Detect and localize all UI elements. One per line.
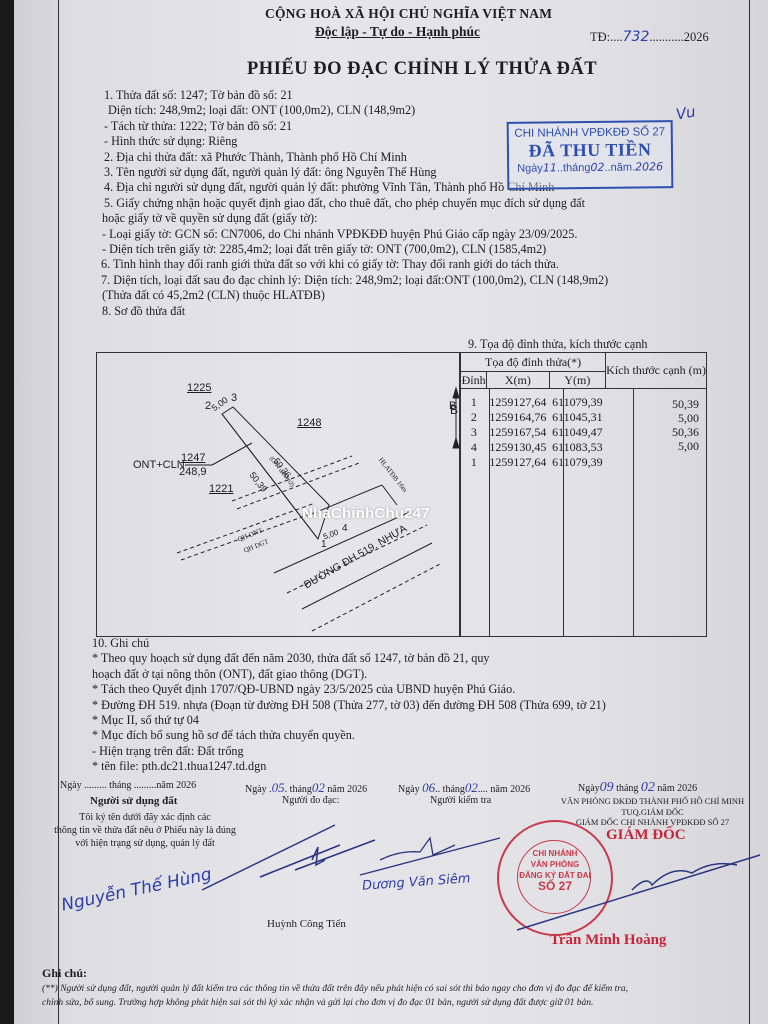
country-header: CỘNG HOÀ XÃ HỘI CHỦ NGHĨA VIỆT NAM	[265, 6, 552, 22]
checker-date: Ngày 06.. tháng02.... năm 2026	[398, 780, 530, 796]
coord-y: 611083,53	[549, 440, 606, 455]
edge-length-header: Kích thước cạnh (m)	[606, 353, 706, 389]
director-signature	[512, 835, 762, 935]
column-divider	[633, 389, 634, 636]
section-9: 9. Tọa độ đỉnh thửa, kích thước cạnh	[468, 337, 648, 352]
paid-stamp-office: CHI NHÁNH VPĐKĐĐ SỐ 27	[509, 126, 671, 140]
surveyor-name: Huỳnh Công Tiến	[267, 918, 346, 930]
coord-vertex: 1	[461, 455, 487, 470]
coord-y: 611079,39	[549, 455, 606, 470]
note-line: * Đường ĐH 519. nhựa (Đoạn từ đường ĐH 5…	[92, 698, 606, 713]
section-6: 6. Tình hình thay đổi ranh giới thửa đất…	[101, 257, 608, 272]
office-header: VĂN PHÒNG ĐKĐĐ THÀNH PHỐ HỒ CHÍ MINH TUQ…	[545, 796, 760, 828]
notes-section: 10. Ghi chú * Theo quy hoạch sử dụng đất…	[92, 636, 606, 775]
edge-length: 50,39	[659, 397, 699, 411]
coordinate-row: 11259127,64611079,39	[461, 455, 706, 470]
surveyor-date: Ngày .05. tháng02 năm 2026	[245, 780, 367, 796]
note-line: hoạch đất ở tại nông thôn (ONT), đất gia…	[92, 667, 606, 682]
section-5-area: - Diện tích trên giấy tờ: 2285,4m2; loại…	[102, 242, 608, 257]
column-divider	[563, 389, 564, 636]
edge-length: 5,00	[659, 411, 699, 425]
coordinates-table-box: Tọa độ đỉnh thửa(*) Kích thước cạnh (m) …	[460, 352, 707, 637]
section-5-type: - Loại giấy tờ: GCN số: CN7006, do Chi n…	[102, 227, 608, 242]
checker-signature-stroke	[355, 830, 505, 880]
coord-vertex: 3	[461, 425, 487, 440]
coord-vertex: 1	[461, 389, 487, 411]
coord-x: 1259127,64	[487, 389, 549, 411]
coords-group-header: Tọa độ đỉnh thửa(*)	[461, 353, 606, 372]
parcel-1248: 1248	[297, 417, 321, 429]
td-number: 732	[623, 29, 650, 45]
coord-y: 611079,39	[549, 389, 606, 411]
coord-vertex: 2	[461, 410, 487, 425]
note-line: * tên file: pth.dc21.thua1247.td.dgn	[92, 759, 606, 774]
director-name-stamp: Trần Minh Hoàng	[550, 932, 666, 949]
section-7: 7. Diện tích, loại đất sau đo đạc chỉnh …	[101, 273, 608, 288]
section-5: 5. Giấy chứng nhận hoặc quyết định giao …	[104, 196, 608, 211]
edge-length: 5,00	[659, 439, 699, 453]
notes-title: 10. Ghi chú	[92, 636, 606, 651]
note-line: * Theo quy hoạch sử dụng đất đến năm 203…	[92, 651, 606, 666]
owner-date: Ngày ......... tháng .........năm 2026	[60, 780, 196, 791]
edge-lengths: 50,395,0050,365,00	[659, 397, 699, 453]
parcel-1225: 1225	[187, 382, 211, 394]
vertex-4: 4	[342, 523, 348, 534]
section-8: 8. Sơ đồ thửa đất	[102, 304, 608, 319]
section-1: 1. Thửa đất số: 1247; Tờ bản đồ số: 21	[104, 88, 608, 103]
notes-lines: * Theo quy hoạch sử dụng đất đến năm 203…	[92, 651, 606, 774]
coord-y: 611045,31	[549, 410, 606, 425]
document-number: TĐ:....732...........2026	[590, 29, 709, 45]
footer-title: Ghi chú:	[42, 966, 87, 981]
section-7-note: (Thửa đất có 45,2m2 (CLN) thuộc HLATĐB)	[102, 288, 608, 303]
owner-role: Người sử dụng đất	[90, 795, 177, 807]
coord-x: 1259130,45	[487, 440, 549, 455]
note-line: * Tách theo Quyết định 1707/QĐ-UBND ngày…	[92, 682, 606, 697]
paid-stamp-status: ĐÃ THU TIỀN	[509, 139, 671, 162]
coord-x: 1259164,76	[487, 410, 549, 425]
north-b-mark: B	[449, 400, 456, 412]
x-header: X(m)	[487, 372, 549, 389]
vertex-header: Đỉnh	[461, 372, 487, 389]
note-line: * Mục II, số thứ tự 04	[92, 713, 606, 728]
checker-role: Người kiểm tra	[430, 795, 491, 806]
parcel-diagram: 1225 1248 1221 ONT+CLN 1247 248,9 2 3 1 …	[96, 352, 460, 637]
column-divider	[489, 389, 490, 636]
paid-stamp-date: Ngày11..tháng02..năm.2026	[509, 160, 671, 175]
subject-parcel-number: 1247	[181, 452, 205, 464]
motto: Độc lập - Tự do - Hạnh phúc	[315, 24, 480, 40]
parcel-1221: 1221	[209, 483, 233, 495]
land-use-label: ONT+CLN	[133, 459, 185, 471]
surveyor-role: Người đo đạc:	[282, 795, 339, 806]
td-year: 2026	[684, 30, 709, 44]
subject-parcel-area: 248,9	[179, 466, 207, 478]
document-title: PHIẾU ĐO ĐẠC CHỈNH LÝ THỬA ĐẤT	[247, 59, 597, 80]
coord-x: 1259167,54	[487, 425, 549, 440]
note-line: * Mục đích bổ sung hồ sơ để tách thửa ch…	[92, 728, 606, 743]
watermark: NhaChinhChu247	[302, 505, 430, 522]
y-header: Y(m)	[549, 372, 606, 389]
coord-x: 1259127,64	[487, 455, 549, 470]
section-1-area: Diện tích: 248,9m2; loại đất: ONT (100,0…	[104, 103, 608, 118]
vertex-3: 3	[231, 392, 237, 404]
footer-note: (**) Người sử dụng đất, người quản lý đấ…	[42, 982, 628, 1010]
coord-y: 611049,47	[549, 425, 606, 440]
office-date: Ngày09 tháng 02 năm 2026	[578, 780, 697, 796]
parcel-sketch	[97, 353, 459, 636]
handwritten-initials: Vu	[675, 102, 697, 123]
section-5-cont: hoặc giấy tờ về quyền sử dụng đất (giấy …	[102, 211, 608, 226]
paid-stamp: CHI NHÁNH VPĐKĐĐ SỐ 27 ĐÃ THU TIỀN Ngày1…	[507, 120, 674, 190]
coord-vertex: 4	[461, 440, 487, 455]
td-label: TĐ:	[590, 30, 610, 44]
note-line: - Hiện trạng trên đất: Đất trống	[92, 744, 606, 759]
edge-length: 50,36	[659, 425, 699, 439]
